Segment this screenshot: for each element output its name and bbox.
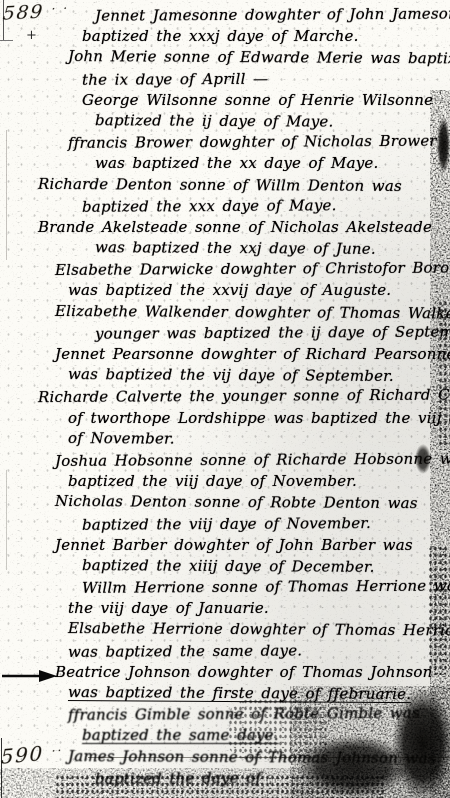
marginal-year-1589: 589 · ·: [2, 0, 70, 25]
manuscript-line: was baptized the xxj daye of June.: [0, 237, 450, 261]
year-top-text: 589: [2, 1, 45, 25]
manuscript-line: baptized the xxxj daye of Marche.: [0, 26, 450, 47]
manuscript-line: was baptized the firste daye of ffebruar…: [0, 682, 450, 706]
manuscript-line: George Wilsonne sonne of Henrie Wilsonne: [0, 90, 450, 111]
pointer-arrow-icon: [2, 669, 58, 683]
manuscript-lines: Jennet Jamesonne dowghter of John Jameso…: [0, 5, 450, 789]
manuscript-line: Joshua Hobsonne sonne of Richarde Hobson…: [0, 449, 450, 473]
manuscript-line: Jennet Pearsonne dowghter of Richard Pea…: [0, 344, 450, 365]
year-top-marks: · ·: [51, 1, 70, 16]
manuscript-line: Nicholas Denton sonne of Robte Denton wa…: [0, 491, 450, 515]
manuscript-line: of November.: [0, 427, 450, 451]
manuscript-line: Willm Herrione sonne of Thomas Herrione …: [0, 576, 450, 600]
manuscript-line: ffrancis Gimble sonne of Robte Gimble wa…: [0, 703, 450, 727]
manuscript-line: baptized the viij daye of November.: [0, 512, 450, 536]
manuscript-line: Brande Akelsteade sonne of Nicholas Akel…: [0, 217, 450, 238]
manuscript-line: John Merie sonne of Edwarde Merie was ba…: [0, 46, 450, 70]
manuscript-line: baptized the viij daye of November.: [0, 471, 450, 492]
manuscript-line: younger was baptized the ij daye of Sept…: [0, 321, 450, 345]
manuscript-line: was baptized the same daye.: [0, 639, 450, 663]
manuscript-line: Elsabethe Darwicke dowghter of Christofo…: [0, 258, 450, 282]
manuscript-page: Jennet Jamesonne dowghter of John Jameso…: [0, 0, 450, 798]
manuscript-line: was baptized the xxvij daye of Auguste.: [0, 280, 450, 301]
manuscript-line: Jennet Barber dowghter of John Barber wa…: [0, 535, 450, 556]
manuscript-line: baptized the xiiij daye of December.: [0, 555, 450, 579]
manuscript-line: Richarde Calverte the younger sonne of R…: [0, 385, 450, 409]
manuscript-line: Beatrice Johnson dowghter of Thomas John…: [0, 662, 450, 683]
manuscript-line: Elizabethe Walkender dowghter of Thomas …: [0, 300, 450, 324]
manuscript-line: was baptized the xx daye of Maye.: [0, 153, 450, 174]
year-bottom-marks: ··: [52, 743, 64, 758]
manuscript-line: baptized the xxx daye of Maye.: [0, 194, 450, 218]
manuscript-line: baptized the same daye.: [0, 725, 450, 746]
manuscript-line: baptized the ij daye of Maye.: [0, 110, 450, 134]
manuscript-line: the ix daye of Aprill —: [0, 67, 450, 91]
manuscript-line: Richarde Denton sonne of Willm Denton wa…: [0, 173, 450, 197]
manuscript-line: of tworthope Lordshippe was baptized the…: [0, 408, 450, 429]
manuscript-line: the viij daye of Januarie.: [0, 598, 450, 619]
manuscript-line: James Johnson sonne of Thomas Johnson wa…: [0, 745, 450, 769]
manuscript-line: baptized the daye of: [0, 766, 450, 790]
manuscript-line: ffrancis Brower dowghter of Nicholas Bro…: [0, 131, 450, 155]
plus-mark: +: [26, 28, 37, 43]
year-bottom-text: 590: [1, 741, 44, 769]
manuscript-line: Elsabethe Herrione dowghter of Thomas He…: [0, 618, 450, 642]
